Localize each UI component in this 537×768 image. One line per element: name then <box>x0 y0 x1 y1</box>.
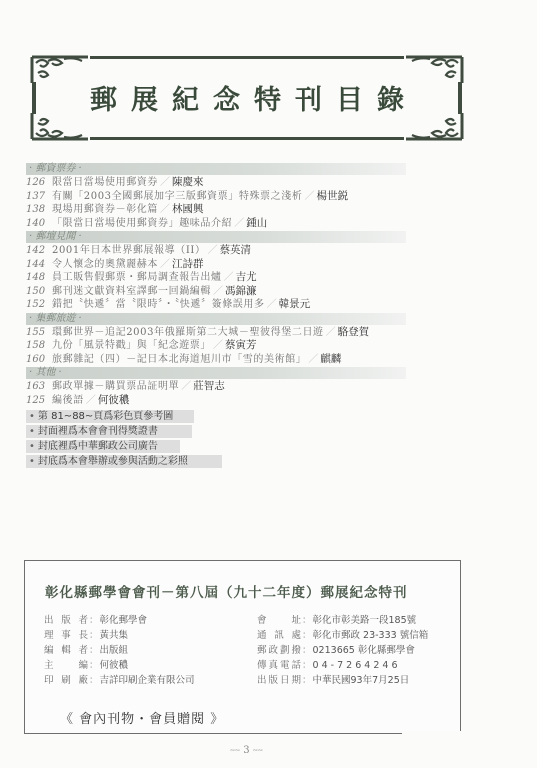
separator: ／ <box>160 177 170 188</box>
article-author: 莊智志 <box>193 380 225 392</box>
frame-line-top <box>90 56 404 59</box>
info-value: 何彼穠 <box>100 660 129 671</box>
separator: ／ <box>160 204 170 215</box>
page-number: 160 <box>26 353 52 367</box>
separator: ／ <box>234 218 244 229</box>
colophon-box: 彰化縣郵學會會刊－第八屆（九十二年度）郵展紀念特刊 出版者：彰化郵學會 理事長：… <box>24 560 461 734</box>
page-number: 152 <box>26 298 52 312</box>
article-author: 馮錦濂 <box>225 285 257 297</box>
toc-section: · 郵壇見聞 · 1422001年日本世界郵展報導（II）／蔡英清 144令人懷… <box>26 231 486 312</box>
article-title: 現場用郵資券－彰化篇 <box>52 204 158 215</box>
article-author: 鍾山 <box>246 217 267 229</box>
separator: ／ <box>224 272 234 283</box>
separator: ／ <box>326 327 336 338</box>
page-title: 郵展紀念特刊目錄 <box>30 78 464 117</box>
note-item: •封面裡爲本會會刊得獎證書 <box>26 425 192 438</box>
section-header: · 其他 · <box>26 367 406 379</box>
article-title: 令人懷念的奧黛麗赫本 <box>52 259 158 270</box>
info-row: 會 址：彰化市彰美路一段185號 <box>257 613 457 628</box>
info-label: 印刷廠 <box>44 673 88 688</box>
article-title: 錯把〝快遞〞當〝限時〞・〝快遞〞簽條誤用多 <box>52 299 265 310</box>
toc-section: · 集郵旅遊 · 155環郵世界－追記2003年俄羅斯第二大城－聖彼得堡二日遊／… <box>26 313 486 367</box>
info-label: 會 址 <box>257 613 301 628</box>
page-number: 138 <box>26 203 52 217</box>
colon: ： <box>302 630 312 641</box>
page-number: 140 <box>26 217 52 231</box>
article-author: 楊世鋭 <box>316 190 348 202</box>
info-row: 理事長：黃共集 <box>44 628 254 643</box>
page-number: 148 <box>26 271 52 285</box>
info-row: 傳真電話：0 4 - 7 2 6 4 2 4 6 <box>257 658 457 673</box>
note-text: 封底爲本會舉辦或參與活動之彩照 <box>38 456 188 467</box>
toc-entry[interactable]: 126限當日當場使用郵資券／陳慶來 <box>26 176 486 190</box>
info-label: 出版者 <box>44 613 88 628</box>
page-number: 125 <box>26 394 52 408</box>
ornament-icon: ∾∾ <box>230 747 240 754</box>
info-value: 出版組 <box>100 645 129 656</box>
title-frame: 郵展紀念特刊目錄 <box>30 56 464 140</box>
note-text: 封面裡爲本會會刊得獎證書 <box>38 426 158 437</box>
section-header: · 郵壇見聞 · <box>26 231 406 243</box>
article-author: 麒麟 <box>320 353 341 365</box>
info-value: 彰化郵學會 <box>100 615 148 626</box>
article-title: 編後語 <box>52 395 84 406</box>
colon: ： <box>302 660 312 671</box>
frame-line-bottom <box>90 137 404 140</box>
info-value: 中華民國93年7月25日 <box>313 675 410 686</box>
note-text: 封底裡爲中華郵政公司廣告 <box>38 441 158 452</box>
bullet-icon: • <box>29 441 35 452</box>
page-number: 137 <box>26 190 52 204</box>
ornament-icon: ∾∾ <box>253 747 263 754</box>
article-title: 九份「風景特戳」與「紀念遊票」 <box>52 340 211 351</box>
toc-entry[interactable]: 125編後語／何彼穠 <box>26 394 486 408</box>
info-value: 黃共集 <box>100 630 129 641</box>
page-footer: ∾∾ 3 ∾∾ <box>230 745 263 756</box>
info-label: 通訊處 <box>257 628 301 643</box>
page-number: 142 <box>26 244 52 258</box>
info-value: 0 4 - 7 2 6 4 2 4 6 <box>313 660 398 671</box>
separator: ／ <box>304 191 314 202</box>
article-title: 2001年日本世界郵展報導（II） <box>52 245 206 256</box>
toc-entry[interactable]: 163郵政單據－購買票品証明單／莊智志 <box>26 380 486 394</box>
note-item: •封底爲本會舉辦或參與活動之彩照 <box>26 455 222 468</box>
toc-section: · 郵資票券 · 126限當日當場使用郵資券／陳慶來 137有關「2003全國郵… <box>26 163 486 230</box>
toc-entry[interactable]: 140「限當日當場使用郵資券」趣味品介紹／鍾山 <box>26 217 486 231</box>
toc-entry[interactable]: 160旅郵雜記（四）－記日本北海道旭川市「雪的美術館」／麒麟 <box>26 353 486 367</box>
info-label: 主 編 <box>44 658 88 673</box>
info-label: 出版日期 <box>257 673 301 688</box>
page-number: 144 <box>26 258 52 272</box>
note-item: •封底裡爲中華郵政公司廣告 <box>26 440 180 453</box>
note-text: 第 81~88~頁爲彩色頁參考圖 <box>38 411 173 422</box>
publisher-info: 出版者：彰化郵學會 理事長：黃共集 編輯者：出版組 主 編：何彼穠 印刷廠：吉詳… <box>44 613 254 688</box>
toc-entry[interactable]: 138現場用郵資券－彰化篇／林國興 <box>26 203 486 217</box>
info-label: 編輯者 <box>44 643 88 658</box>
toc-entry[interactable]: 155環郵世界－追記2003年俄羅斯第二大城－聖彼得堡二日遊／駱登賀 <box>26 326 486 340</box>
section-header: · 集郵旅遊 · <box>26 313 406 325</box>
info-value: 彰化市彰美路一段185號 <box>313 615 417 626</box>
toc-entry[interactable]: 152錯把〝快遞〞當〝限時〞・〝快遞〞簽條誤用多／韓景元 <box>26 298 486 312</box>
article-title: 有關「2003全國郵展加字三版郵資票」特殊票之淺析 <box>52 191 302 202</box>
article-author: 林國興 <box>172 203 204 215</box>
bullet-icon: • <box>29 426 35 437</box>
bullet-icon: • <box>29 456 35 467</box>
article-title: 郵刊迷文獻資料室譯郵一回鍋編輯 <box>52 286 211 297</box>
colophon-title: 彰化縣郵學會會刊－第八屆（九十二年度）郵展紀念特刊 <box>45 581 408 601</box>
separator: ／ <box>160 259 170 270</box>
bullet-icon: • <box>29 411 35 422</box>
colon: ： <box>89 675 99 686</box>
article-title: 環郵世界－追記2003年俄羅斯第二大城－聖彼得堡二日遊 <box>52 327 324 338</box>
toc-entry[interactable]: 158九份「風景特戳」與「紀念遊票」／蔡寅芳 <box>26 339 486 353</box>
article-author: 陳慶來 <box>172 176 204 188</box>
article-author: 駱登賀 <box>338 326 370 338</box>
info-row: 印刷廠：吉詳印刷企業有限公司 <box>44 673 254 688</box>
table-of-contents: · 郵資票券 · 126限當日當場使用郵資券／陳慶來 137有關「2003全國郵… <box>26 163 486 470</box>
page-number: 150 <box>26 285 52 299</box>
colon: ： <box>302 645 312 656</box>
separator: ／ <box>213 340 223 351</box>
colon: ： <box>302 615 312 626</box>
colon: ： <box>89 660 99 671</box>
separator: ／ <box>308 354 318 365</box>
page-number: 158 <box>26 339 52 353</box>
info-label: 郵政劃撥 <box>257 643 301 658</box>
contact-info: 會 址：彰化市彰美路一段185號 通訊處：彰化市郵政 23-333 號信箱 郵政… <box>257 613 457 688</box>
article-title: 「限當日當場使用郵資券」趣味品介紹 <box>52 218 232 229</box>
page-number: 163 <box>26 380 52 394</box>
page-number: 155 <box>26 326 52 340</box>
info-row: 主 編：何彼穠 <box>44 658 254 673</box>
info-label: 傳真電話 <box>257 658 301 673</box>
separator: ／ <box>267 299 277 310</box>
separator: ／ <box>181 381 191 392</box>
toc-entry[interactable]: 144令人懷念的奧黛麗赫本／江詩群 <box>26 258 486 272</box>
separator: ／ <box>208 245 218 256</box>
info-row: 郵政劃撥：0213665 彰化縣郵學會 <box>257 643 457 658</box>
separator: ／ <box>86 395 96 406</box>
toc-section: · 其他 · 163郵政單據－購買票品証明單／莊智志 125編後語／何彼穠 <box>26 367 486 407</box>
info-row: 編輯者：出版組 <box>44 643 254 658</box>
colon: ： <box>89 630 99 641</box>
article-title: 郵政單據－購買票品証明單 <box>52 381 179 392</box>
article-author: 蔡寅芳 <box>225 339 257 351</box>
separator: ／ <box>213 286 223 297</box>
colon: ： <box>89 615 99 626</box>
border-fade <box>402 731 462 735</box>
article-author: 吉尤 <box>236 271 257 283</box>
info-row: 通訊處：彰化市郵政 23-333 號信箱 <box>257 628 457 643</box>
toc-entry[interactable]: 150郵刊迷文獻資料室譯郵一回鍋編輯／馮錦濂 <box>26 285 486 299</box>
info-label: 理事長 <box>44 628 88 643</box>
info-row: 出版日期：中華民國93年7月25日 <box>257 673 457 688</box>
toc-entry[interactable]: 148員工販售假郵票・郵局調查報告出爐／吉尤 <box>26 271 486 285</box>
info-value: 彰化市郵政 23-333 號信箱 <box>313 630 429 641</box>
page-number: 3 <box>243 745 249 756</box>
article-author: 江詩群 <box>172 258 204 270</box>
page-number: 126 <box>26 176 52 190</box>
toc-entry[interactable]: 137有關「2003全國郵展加字三版郵資票」特殊票之淺析／楊世鋭 <box>26 190 486 204</box>
info-row: 出版者：彰化郵學會 <box>44 613 254 628</box>
colon: ： <box>89 645 99 656</box>
article-author: 蔡英清 <box>220 244 252 256</box>
notes-list: •第 81~88~頁爲彩色頁參考圖 •封面裡爲本會會刊得獎證書 •封底裡爲中華郵… <box>26 410 486 468</box>
info-value: 0213665 彰化縣郵學會 <box>313 645 415 656</box>
article-author: 韓景元 <box>279 298 311 310</box>
info-value: 吉詳印刷企業有限公司 <box>100 675 195 686</box>
note-item: •第 81~88~頁爲彩色頁參考圖 <box>26 410 194 423</box>
article-title: 限當日當場使用郵資券 <box>52 177 158 188</box>
article-title: 員工販售假郵票・郵局調查報告出爐 <box>52 272 222 283</box>
toc-entry[interactable]: 1422001年日本世界郵展報導（II）／蔡英清 <box>26 244 486 258</box>
colon: ： <box>302 675 312 686</box>
article-title: 旅郵雜記（四）－記日本北海道旭川市「雪的美術館」 <box>52 354 306 365</box>
section-header: · 郵資票券 · <box>26 163 406 175</box>
distribution-note: 《 會內刊物・會員贈閱 》 <box>60 708 224 727</box>
article-author: 何彼穠 <box>98 394 130 406</box>
